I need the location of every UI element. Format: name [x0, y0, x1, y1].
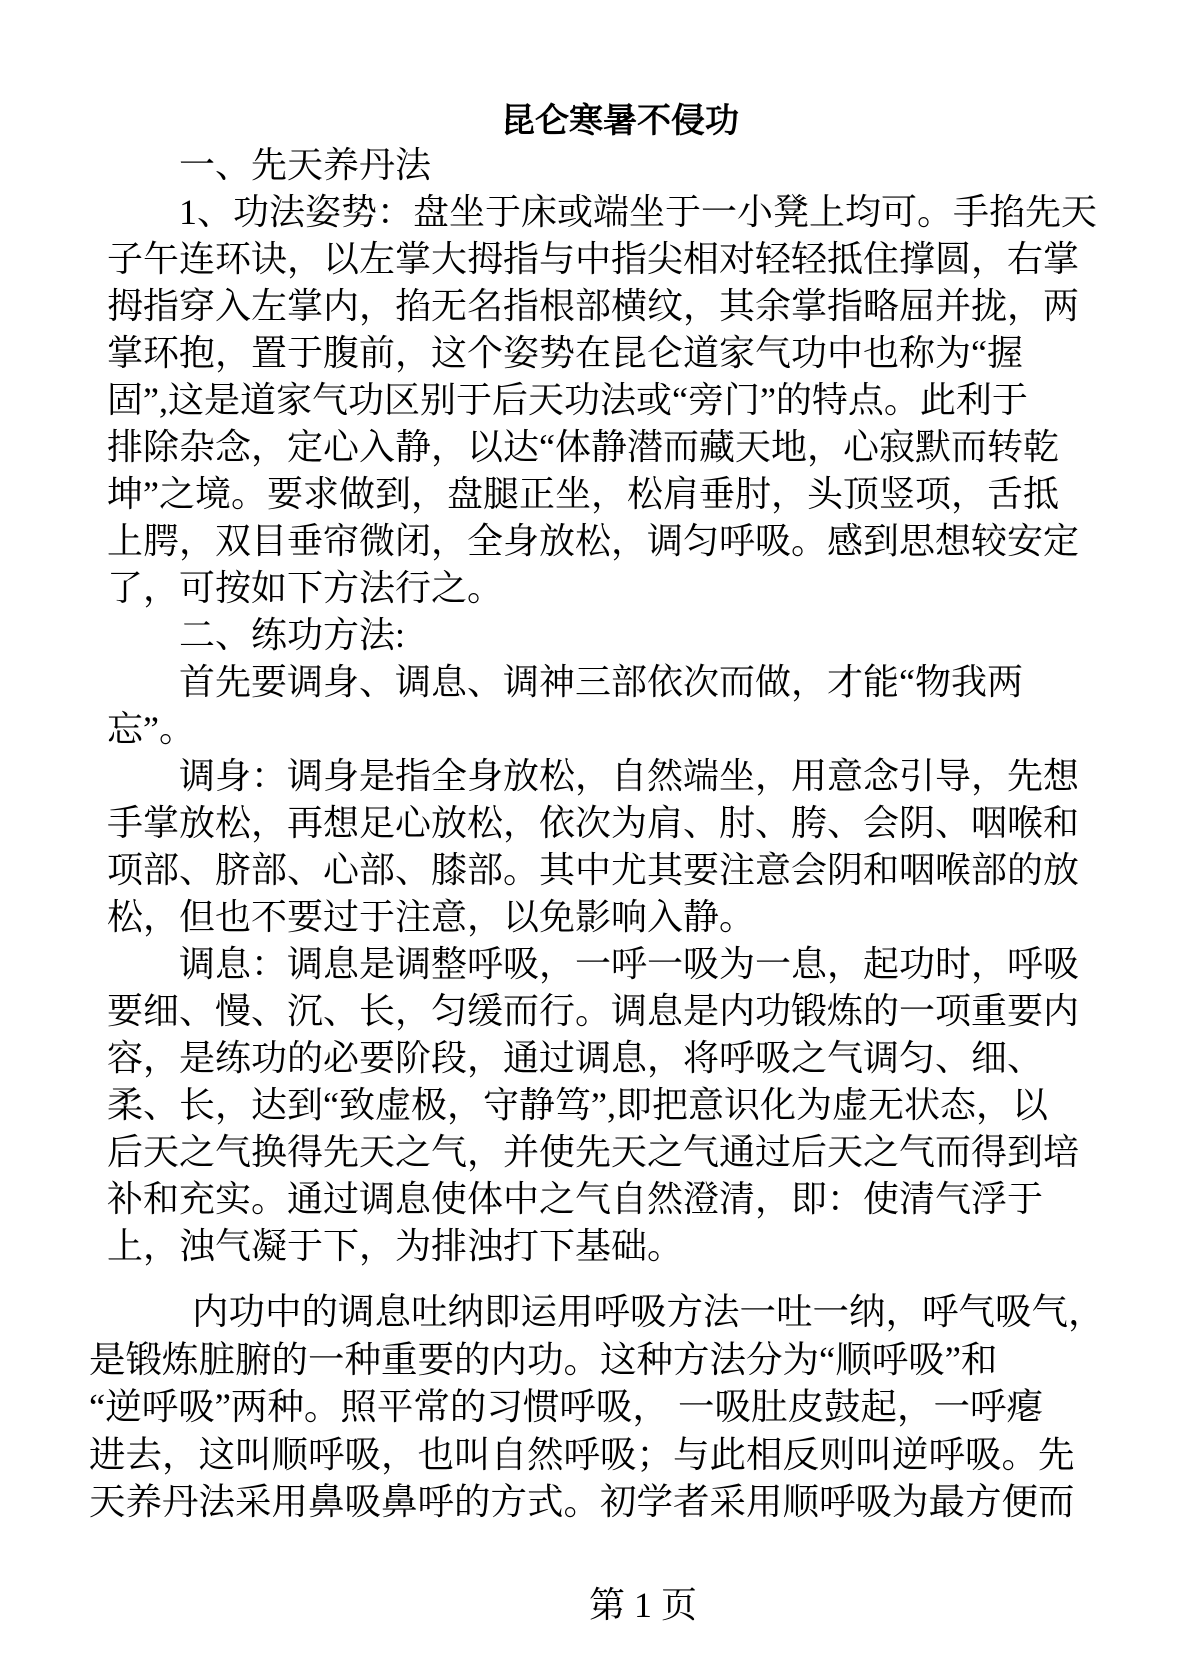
- text-line: 要细、慢、沉、长，匀缓而行。调息是内功锻炼的一项重要内: [107, 988, 1117, 1035]
- text-line: 补和充实。通过调息使体中之气自然澄清，即：使清气浮于: [107, 1176, 1117, 1223]
- text-line: 柔、长，达到“致虚极，守静笃”,即把意识化为虚无状态，以: [107, 1082, 1117, 1129]
- text-line: 后天之气换得先天之气，并使先天之气通过后天之气而得到培: [107, 1129, 1117, 1176]
- text-line: 调身：调身是指全身放松，自然端坐，用意念引导，先想: [107, 753, 1117, 800]
- text-line: 排除杂念，定心入静，以达“体静潜而藏天地，心寂默而转乾: [107, 424, 1117, 471]
- text-line: 上，浊气凝于下，为排浊打下基础。: [107, 1223, 1117, 1270]
- document-page: 昆仑寒暑不侵功 一、先天养丹法 1、功法姿势：盘坐于床或端坐于一小凳上均可。手掐…: [0, 0, 1182, 1677]
- heading-line: 一、先天养丹法: [107, 142, 1117, 189]
- text-line: 松，但也不要过于注意，以免影响入静。: [107, 894, 1117, 941]
- text-line: 了，可按如下方法行之。: [107, 565, 1117, 612]
- text-line: 天养丹法采用鼻吸鼻呼的方式。初学者采用顺呼吸为最方便而: [89, 1478, 1117, 1526]
- text-line: “逆呼吸”两种。照平常的习惯呼吸， 一吸肚皮鼓起，一呼瘪: [89, 1383, 1117, 1431]
- posture-paragraph: 1、功法姿势：盘坐于床或端坐于一小凳上均可。手掐先天 子午连环诀，以左掌大拇指与…: [107, 189, 1117, 612]
- text-line: 忘”。: [107, 706, 1117, 753]
- text-line: 上腭，双目垂帘微闭，全身放松，调匀呼吸。感到思想较安定: [107, 518, 1117, 565]
- text-line: 固”,这是道家气功区别于后天功法或“旁门”的特点。此利于: [107, 377, 1117, 424]
- document-title: 昆仑寒暑不侵功: [29, 97, 1182, 145]
- text-line: 掌环抱，置于腹前，这个姿势在昆仑道家气功中也称为“握: [107, 330, 1117, 377]
- text-line: 内功中的调息吐纳即运用呼吸方法一吐一纳，呼气吸气，: [89, 1288, 1117, 1336]
- text-line: 子午连环诀，以左掌大拇指与中指尖相对轻轻抵住撑圆，右掌: [107, 236, 1117, 283]
- text-line: 首先要调身、调息、调神三部依次而做，才能“物我两: [107, 659, 1117, 706]
- text-line: 进去，这叫顺呼吸，也叫自然呼吸；与此相反则叫逆呼吸。先: [89, 1431, 1117, 1479]
- document-body: 一、先天养丹法 1、功法姿势：盘坐于床或端坐于一小凳上均可。手掐先天 子午连环诀…: [107, 142, 1117, 1526]
- text-line: 是锻炼脏腑的一种重要的内功。这种方法分为“顺呼吸”和: [89, 1336, 1117, 1384]
- heading-line: 二、练功方法:: [107, 612, 1117, 659]
- overview-paragraph: 首先要调身、调息、调神三部依次而做，才能“物我两 忘”。: [107, 659, 1117, 753]
- tuna-paragraph: 内功中的调息吐纳即运用呼吸方法一吐一纳，呼气吸气， 是锻炼脏腑的一种重要的内功。…: [89, 1288, 1117, 1526]
- text-line: 1、功法姿势：盘坐于床或端坐于一小凳上均可。手掐先天: [107, 189, 1117, 236]
- text-line: 项部、脐部、心部、膝部。其中尤其要注意会阴和咽喉部的放: [107, 847, 1117, 894]
- text-line: 容，是练功的必要阶段，通过调息，将呼吸之气调匀、细、: [107, 1035, 1117, 1082]
- page-number: 第 1 页: [52, 1582, 1182, 1628]
- text-line: 拇指穿入左掌内，掐无名指根部横纹，其余掌指略屈并拢，两: [107, 283, 1117, 330]
- text-line: 手掌放松，再想足心放松，依次为肩、肘、胯、会阴、咽喉和: [107, 800, 1117, 847]
- tiaoshen-paragraph: 调身：调身是指全身放松，自然端坐，用意念引导，先想 手掌放松，再想足心放松，依次…: [107, 753, 1117, 941]
- section-1-heading: 一、先天养丹法: [107, 142, 1117, 189]
- text-line: 坤”之境。要求做到，盘腿正坐，松肩垂肘，头顶竖项，舌抵: [107, 471, 1117, 518]
- section-2-heading: 二、练功方法:: [107, 612, 1117, 659]
- text-line: 调息：调息是调整呼吸，一呼一吸为一息，起功时，呼吸: [107, 941, 1117, 988]
- tiaoxi-paragraph: 调息：调息是调整呼吸，一呼一吸为一息，起功时，呼吸 要细、慢、沉、长，匀缓而行。…: [107, 941, 1117, 1270]
